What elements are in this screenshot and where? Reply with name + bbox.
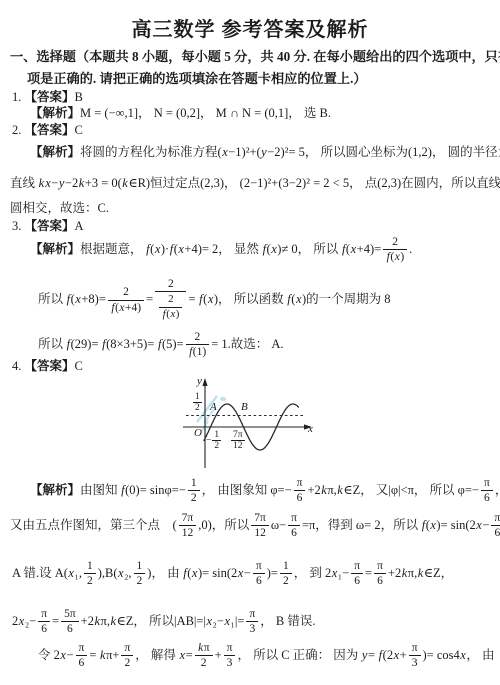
answer-line-q4: 4. 【答案】C [12,359,83,375]
y-tick-half: 12 [192,392,203,414]
solution-line-q4a: 【解析】由图知 f(0)= sinφ=−12， 由图象知 φ=−π6+2kπ,k… [30,477,500,505]
section-header-line1: 一、选择题（本题共 8 小题，每小题 5 分，共 40 分. 在每小题给出的四个… [10,49,500,66]
y-axis-label: y [197,375,202,387]
solution-line-q4d: 2x₂−π6=5π6+2kπ,k∈Z， 所以|AB|=|x₂−x₁|=π3， B… [12,608,315,636]
answer-line-q1: 1. 【答案】B [12,90,83,106]
origin-label: O [194,427,202,439]
y-tick-neg-half: −12 [206,430,222,452]
answer-line-q2: 2. 【答案】C [12,123,83,139]
sine-graph [180,375,325,475]
solution-line-q3c: 所以 f(29)= f(8×3+5)= f(5)=2f(1)= 1.故选： A. [38,331,284,359]
solution-line-q2c: 圆相交，故选：C. [10,201,109,217]
question4-figure: y x O 12 −12 7π12 A B [180,375,325,475]
solution-line-q4b: 又由五点作图知，第三个点 (7π12,0)，所以7π12ω−π6=π，得到 ω=… [10,512,500,540]
pen-dot-mark [220,397,226,401]
solution-line-q1: 【解析】M = (−∞,1]， N = (0,2]， M ∩ N = (0,1]… [30,106,331,122]
y-axis-arrow [202,378,207,386]
point-a-label: A [210,401,217,413]
x-tick-7pi12: 7π12 [230,430,246,452]
solution-line-q2b: 直线 kx−y−2k+3 = 0(k∈R)恒过定点(2,3)， (2−1)²+(… [10,176,500,192]
section-header-line2: 项是正确的. 请把正确的选项填涂在答题卡相应的位置上.） [27,71,367,88]
x-axis-label: x [308,423,313,435]
solution-line-q2a: 【解析】将圆的方程化为标准方程(x−1)²+(y−2)²= 5， 所以圆心坐标为… [30,145,500,161]
answer-sheet-page: 高三数学 参考答案及解析 一、选择题（本题共 8 小题，每小题 5 分，共 40… [0,0,500,685]
solution-line-q4e: 令 2x−π6= kπ+π2， 解得 x=kπ2+π3， 所以 C 正确： 因为… [38,642,494,670]
page-title: 高三数学 参考答案及解析 [0,13,500,42]
point-b-label: B [241,401,248,413]
solution-line-q3a: 【解析】根据题意， f(x)·f(x+4)= 2， 显然 f(x)≠ 0， 所以… [30,236,412,264]
solution-line-q4c: A 错.设 A(x₁,12),B(x₂,12)， 由 f(x)= sin(2x−… [12,560,453,588]
answer-line-q3: 3. 【答案】A [12,219,84,235]
solution-line-q3b: 所以 f(x+8)=2f(x+4)=22f(x)= f(x)， 所以函数 f(x… [38,278,391,322]
